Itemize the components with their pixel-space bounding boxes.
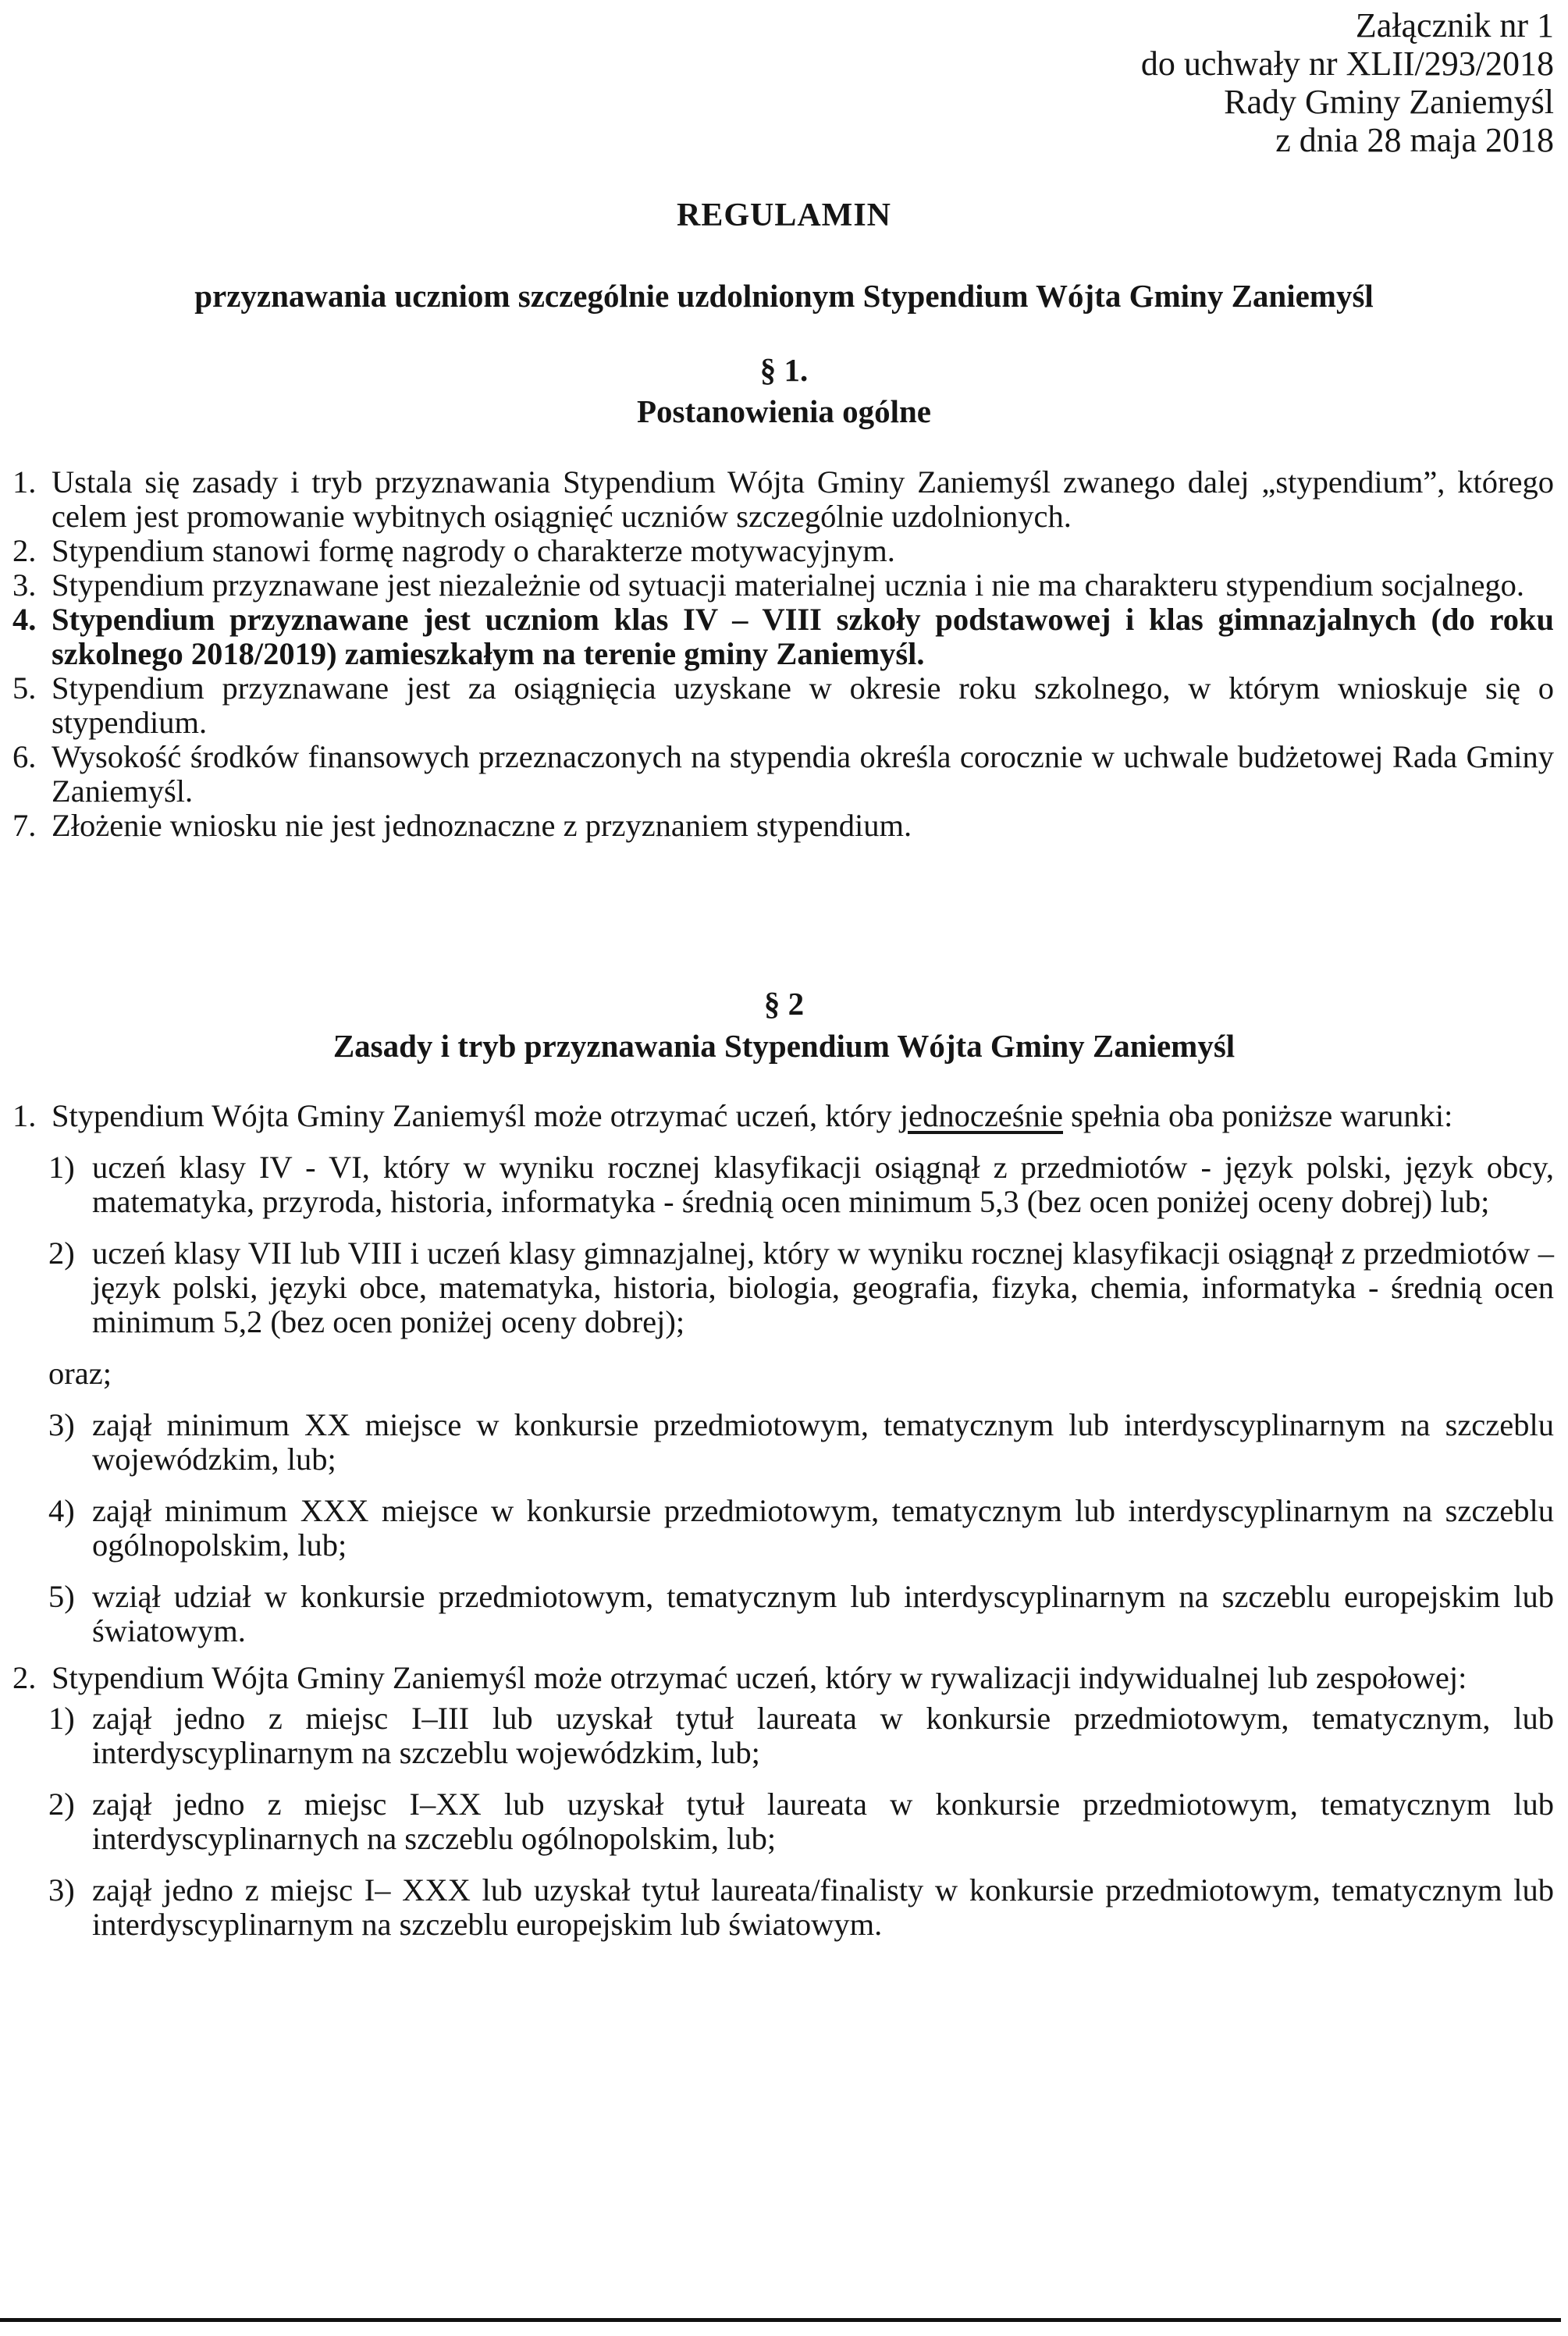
item-number: 4.: [12, 603, 36, 637]
list-item: 1. Stypendium Wójta Gminy Zaniemyśl może…: [0, 1099, 1568, 1133]
section-2-heading: Zasady i tryb przyznawania Stypendium Wó…: [0, 1027, 1568, 1065]
sub-item-text: uczeń klasy IV - VI, który w wyniku rocz…: [92, 1150, 1554, 1219]
annex-council: Rady Gminy Zaniemyśl: [1141, 83, 1554, 121]
sub-item-number: 2): [48, 1236, 75, 1271]
item-text: Stypendium stanowi formę nagrody o chara…: [52, 533, 895, 568]
list-item-bold: 4. Stypendium przyznawane jest uczniom k…: [0, 603, 1568, 671]
sub-item-text: uczeń klasy VII lub VIII i uczeń klasy g…: [92, 1236, 1554, 1339]
annex-resolution: do uchwały nr XLII/293/2018: [1141, 44, 1554, 83]
document-title: REGULAMIN: [0, 197, 1568, 234]
annex-header: Załącznik nr 1 do uchwały nr XLII/293/20…: [1141, 6, 1554, 159]
list-item: 3. Stypendium przyznawane jest niezależn…: [0, 568, 1568, 603]
item-number: 2.: [12, 1661, 36, 1695]
item-text: Ustala się zasady i tryb przyznawania St…: [52, 464, 1554, 534]
list-item: 2. Stypendium Wójta Gminy Zaniemyśl może…: [0, 1661, 1568, 1695]
connector-text: oraz;: [0, 1356, 1568, 1391]
sub-item-text: zajął jedno z miejsc I– XXX lub uzyskał …: [92, 1872, 1554, 1942]
footer-divider: [0, 2318, 1561, 2322]
sub-item-number: 4): [48, 1494, 75, 1528]
sub-item-text: zajął minimum XXX miejsce w konkursie pr…: [92, 1493, 1554, 1563]
item-number: 7.: [12, 809, 36, 843]
list-item: 6. Wysokość środków finansowych przeznac…: [0, 740, 1568, 809]
sub-item: 3) zajął minimum XX miejsce w konkursie …: [0, 1408, 1568, 1477]
item-number: 6.: [12, 740, 36, 774]
item-text: Stypendium przyznawane jest za osiągnięc…: [52, 670, 1554, 740]
sub-item: 2) uczeń klasy VII lub VIII i uczeń klas…: [0, 1236, 1568, 1339]
document-page: Załącznik nr 1 do uchwały nr XLII/293/20…: [0, 0, 1568, 2336]
item-number: 5.: [12, 671, 36, 706]
sub-item-number: 1): [48, 1150, 75, 1185]
annex-number: Załącznik nr 1: [1141, 6, 1554, 44]
list-item: 2. Stypendium stanowi formę nagrody o ch…: [0, 534, 1568, 568]
list-item: 1. Ustala się zasady i tryb przyznawania…: [0, 465, 1568, 534]
item-text: Wysokość środków finansowych przeznaczon…: [52, 739, 1554, 809]
footer-cropped-text: [0, 2326, 1568, 2336]
annex-date: z dnia 28 maja 2018: [1141, 121, 1554, 159]
sub-item: 1) zajął jedno z miejsc I–III lub uzyska…: [0, 1701, 1568, 1770]
sub-item-number: 2): [48, 1787, 75, 1822]
section-1-list: 1. Ustala się zasady i tryb przyznawania…: [0, 465, 1568, 843]
sub-item: 3) zajął jedno z miejsc I– XXX lub uzysk…: [0, 1873, 1568, 1942]
list-item: 7. Złożenie wniosku nie jest jednoznaczn…: [0, 809, 1568, 843]
document-subtitle: przyznawania uczniom szczególnie uzdolni…: [0, 277, 1568, 315]
section-1-number: § 1.: [0, 351, 1568, 389]
item-number: 2.: [12, 534, 36, 568]
sub-item-text: zajął jedno z miejsc I–III lub uzyskał t…: [92, 1701, 1554, 1770]
item-text: Stypendium przyznawane jest niezależnie …: [52, 567, 1524, 603]
item-text-continued: spełnia oba poniższe warunki:: [1071, 1098, 1452, 1133]
sub-item-text: zajął minimum XX miejsce w konkursie prz…: [92, 1407, 1554, 1477]
section-2-number: § 2: [0, 985, 1568, 1022]
sub-item-number: 1): [48, 1701, 75, 1736]
sub-item: 5) wziął udział w konkursie przedmiotowy…: [0, 1580, 1568, 1648]
sub-item: 1) uczeń klasy IV - VI, który w wyniku r…: [0, 1150, 1568, 1219]
item-number: 1.: [12, 465, 36, 500]
item-text: Stypendium Wójta Gminy Zaniemyśl może ot…: [52, 1098, 892, 1133]
item-number: 3.: [12, 568, 36, 603]
sub-item: 4) zajął minimum XXX miejsce w konkursie…: [0, 1494, 1568, 1563]
section-1-heading: Postanowienia ogólne: [0, 393, 1568, 430]
section-2-list: 1. Stypendium Wójta Gminy Zaniemyśl może…: [0, 1099, 1568, 1942]
underlined-emphasis: jednocześnie: [900, 1098, 1063, 1133]
sub-item-number: 3): [48, 1873, 75, 1908]
sub-item: 2) zajął jedno z miejsc I–XX lub uzyskał…: [0, 1787, 1568, 1856]
sub-item-number: 3): [48, 1408, 75, 1442]
sub-item-text: zajął jedno z miejsc I–XX lub uzyskał ty…: [92, 1787, 1554, 1856]
item-text: Stypendium Wójta Gminy Zaniemyśl może ot…: [52, 1660, 1467, 1695]
item-number: 1.: [12, 1099, 36, 1133]
list-item: 5. Stypendium przyznawane jest za osiągn…: [0, 671, 1568, 740]
sub-item-text: wziął udział w konkursie przedmiotowym, …: [92, 1579, 1554, 1648]
item-text: Stypendium przyznawane jest uczniom klas…: [52, 602, 1554, 671]
item-text: Złożenie wniosku nie jest jednoznaczne z…: [52, 808, 912, 843]
sub-item-number: 5): [48, 1580, 75, 1614]
